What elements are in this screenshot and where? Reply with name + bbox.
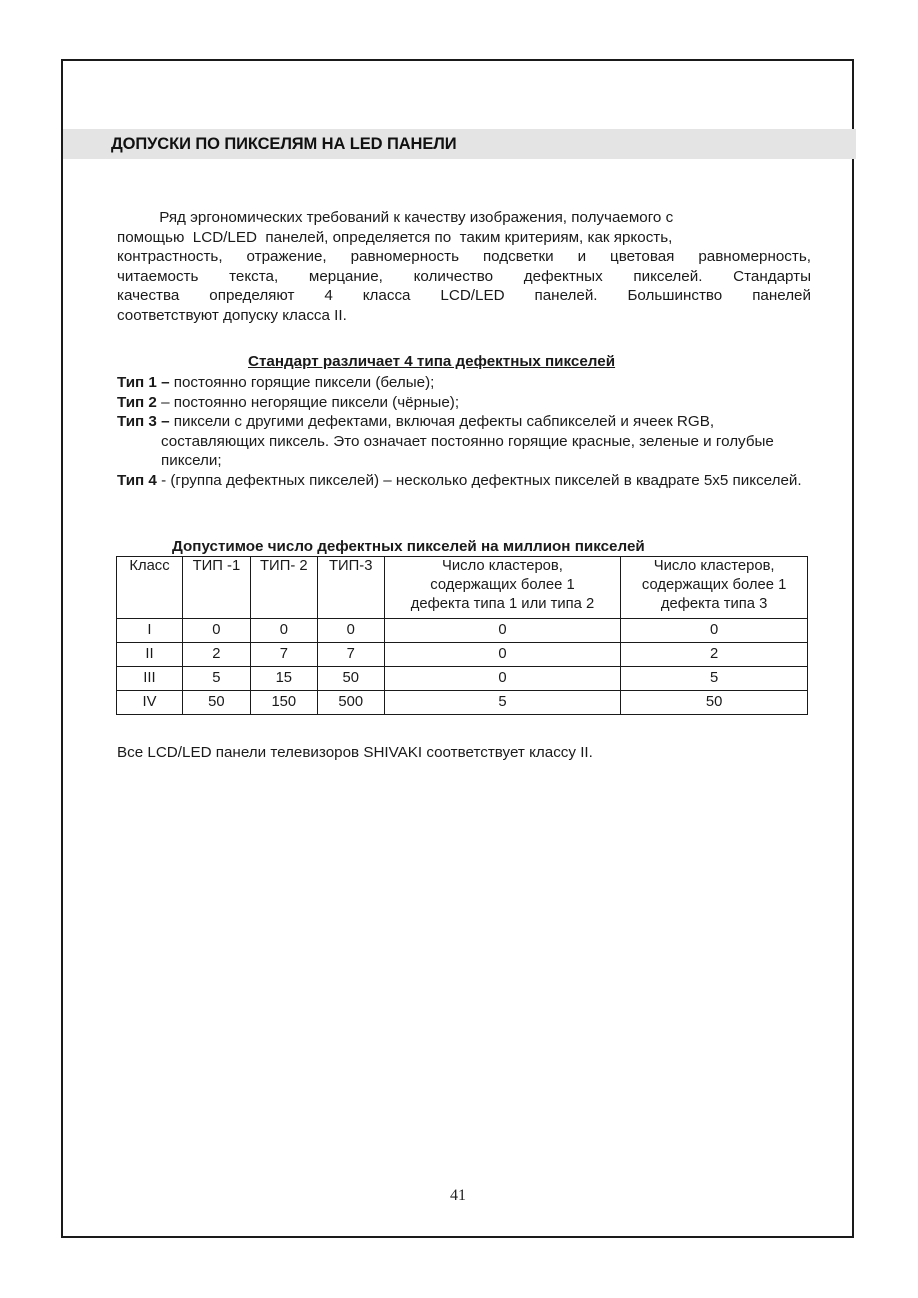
table-row: II 2 7 7 0 2	[117, 643, 808, 667]
table-row: I 0 0 0 0 0	[117, 619, 808, 643]
header-clusters-type-3: Число кластеров, содержащих более 1 дефе…	[621, 557, 808, 619]
defect-type-item: Тип 1 – постоянно горящие пиксели (белые…	[117, 373, 817, 393]
defect-type-label: Тип 1 –	[117, 374, 170, 391]
table-row: III 5 15 50 0 5	[117, 667, 808, 691]
cell-type-2: 7	[250, 643, 317, 667]
defect-type-item: Тип 2 – постоянно негорящие пиксели (чёр…	[117, 393, 817, 413]
cell-class: IV	[117, 691, 183, 715]
cell-type-3: 50	[317, 667, 384, 691]
defect-type-text: - (группа дефектных пикселей) – нескольк…	[157, 472, 802, 489]
cell-clusters-1-2: 0	[384, 619, 621, 643]
cell-clusters-3: 2	[621, 643, 808, 667]
header-type-3: ТИП-3	[317, 557, 384, 619]
defect-type-label: Тип 2	[117, 394, 157, 411]
cell-type-2: 15	[250, 667, 317, 691]
cell-clusters-3: 0	[621, 619, 808, 643]
cell-type-1: 0	[182, 619, 250, 643]
cell-type-3: 7	[317, 643, 384, 667]
cell-clusters-1-2: 0	[384, 667, 621, 691]
cell-clusters-1-2: 0	[384, 643, 621, 667]
intro-line: соответствуют допуску класса II.	[117, 306, 811, 326]
cell-type-1: 50	[182, 691, 250, 715]
table-header-row: Класс ТИП -1 ТИП- 2 ТИП-3 Число кластеро…	[117, 557, 808, 619]
defect-types-heading: Стандарт различает 4 типа дефектных пикс…	[248, 353, 615, 370]
defect-types-list: Тип 1 – постоянно горящие пиксели (белые…	[117, 373, 817, 491]
intro-line: Ряд эргономических требований к качеству…	[117, 208, 811, 228]
cell-type-1: 5	[182, 667, 250, 691]
defect-type-text: пиксели с другими дефектами, включая деф…	[161, 413, 774, 469]
header-type-2: ТИП- 2	[250, 557, 317, 619]
cell-class: II	[117, 643, 183, 667]
defect-type-text: постоянно горящие пиксели (белые);	[170, 374, 435, 391]
page-number: 41	[450, 1187, 466, 1205]
defect-type-item: Тип 4 - (группа дефектных пикселей) – не…	[117, 471, 817, 491]
table-row: IV 50 150 500 5 50	[117, 691, 808, 715]
cell-type-1: 2	[182, 643, 250, 667]
defect-type-label: Тип 4	[117, 472, 157, 489]
intro-paragraph: Ряд эргономических требований к качеству…	[117, 208, 811, 325]
cell-type-2: 150	[250, 691, 317, 715]
intro-line: читаемость текста, мерцание, количество …	[117, 267, 811, 287]
cell-clusters-3: 50	[621, 691, 808, 715]
defect-type-label: Тип 3 –	[117, 413, 170, 430]
compliance-note: Все LCD/LED панели телевизоров SHIVAKI с…	[117, 744, 593, 761]
cell-clusters-1-2: 5	[384, 691, 621, 715]
section-title: ДОПУСКИ ПО ПИКСЕЛЯМ НА LED ПАНЕЛИ	[111, 135, 457, 154]
intro-line: качества определяют 4 класса LCD/LED пан…	[117, 286, 811, 306]
header-class: Класс	[117, 557, 183, 619]
cell-class: I	[117, 619, 183, 643]
cell-type-2: 0	[250, 619, 317, 643]
table-title: Допустимое число дефектных пикселей на м…	[172, 538, 645, 555]
cell-type-3: 500	[317, 691, 384, 715]
cell-type-3: 0	[317, 619, 384, 643]
cell-class: III	[117, 667, 183, 691]
defect-type-item: Тип 3 – пиксели с другими дефектами, вкл…	[117, 412, 817, 471]
defect-tolerance-table: Класс ТИП -1 ТИП- 2 ТИП-3 Число кластеро…	[116, 556, 808, 715]
intro-line: контрастность, отражение, равномерность …	[117, 247, 811, 267]
header-type-1: ТИП -1	[182, 557, 250, 619]
cell-clusters-3: 5	[621, 667, 808, 691]
intro-line: помощью LCD/LED панелей, определяется по…	[117, 228, 811, 248]
defect-type-text: – постоянно негорящие пиксели (чёрные);	[157, 394, 459, 411]
header-clusters-type-1-2: Число кластеров, содержащих более 1 дефе…	[384, 557, 621, 619]
